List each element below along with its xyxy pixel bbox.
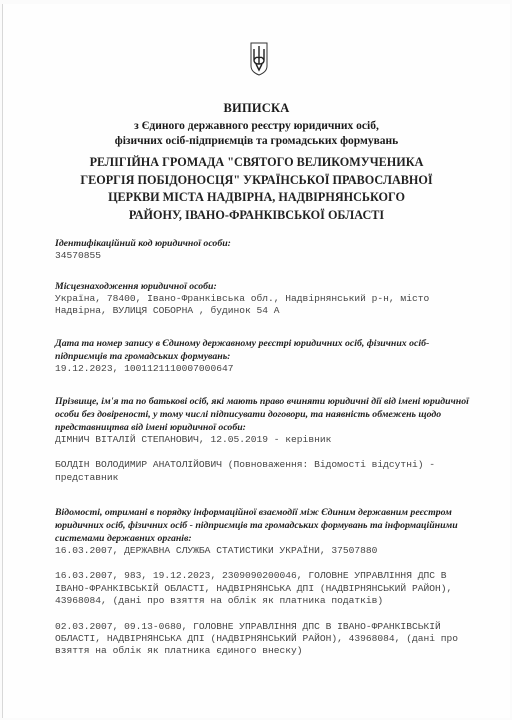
location-label: Місцезнаходження юридичної особи: — [55, 280, 496, 293]
interaction-label: Відомості, отримані в порядку інформацій… — [55, 506, 488, 545]
entity-name-line: РЕЛІГІЙНА ГРОМАДА "СВЯТОГО ВЕЛИКОМУЧЕНИК… — [43, 154, 470, 172]
subtitle-line: з Єдиного державного реєстру юридичних о… — [3, 119, 510, 134]
representatives-label: Прізвище, ім'я та по батькові осіб, які … — [55, 395, 488, 434]
subtitle-line: фізичних осіб-підприємців та громадських… — [3, 134, 510, 149]
interaction-entry: 16.03.2007, ДЕРЖАВНА СЛУЖБА СТАТИСТИКИ У… — [55, 545, 488, 557]
id-code-label: Ідентифікаційний код юридичної особи: — [55, 237, 496, 250]
interaction-entry: 02.03.2007, 09.13-0680, ГОЛОВНЕ УПРАВЛІН… — [55, 621, 488, 658]
section-location: Місцезнаходження юридичної особи: Україн… — [55, 280, 496, 318]
representative-entry: ДІМНИЧ ВІТАЛІЙ СТЕПАНОВИЧ, 12.05.2019 - … — [55, 434, 488, 446]
document-title: ВИПИСКА — [3, 101, 510, 116]
section-interaction: Відомості, отримані в порядку інформацій… — [55, 506, 488, 658]
trident-coat-of-arms-icon — [250, 42, 268, 76]
entity-name-line: ЦЕРКВИ МІСТА НАДВІРНА, НАДВІРНЯНСЬКОГО — [43, 189, 470, 207]
document-page: ВИПИСКА з Єдиного державного реєстру юри… — [2, 4, 510, 718]
entity-name-line: ГЕОРГІЯ ПОБІДОНОСЦЯ" УКРАЇНСЬКОЇ ПРАВОСЛ… — [43, 172, 470, 190]
interaction-entry: 16.03.2007, 983, 19.12.2023, 23090902000… — [55, 570, 488, 607]
section-id-code: Ідентифікаційний код юридичної особи: 34… — [55, 237, 496, 262]
registration-value: 19.12.2023, 1001121110007000647 — [55, 363, 480, 375]
section-representatives: Прізвище, ім'я та по батькові осіб, які … — [55, 395, 488, 484]
location-value: Україна, 78400, Івано-Франківська обл., … — [55, 293, 496, 318]
entity-name: РЕЛІГІЙНА ГРОМАДА "СВЯТОГО ВЕЛИКОМУЧЕНИК… — [43, 154, 470, 224]
representative-entry: БОЛДІН ВОЛОДИМИР АНАТОЛІЙОВИЧ (Повноваже… — [55, 459, 488, 484]
document-subtitle: з Єдиного державного реєстру юридичних о… — [3, 119, 510, 149]
entity-name-line: РАЙОНУ, ІВАНО-ФРАНКІВСЬКОЇ ОБЛАСТІ — [43, 207, 470, 225]
id-code-value: 34570855 — [55, 250, 496, 262]
registration-label: Дата та номер запису в Єдиному державном… — [55, 337, 480, 363]
section-registration: Дата та номер запису в Єдиному державном… — [55, 337, 480, 375]
